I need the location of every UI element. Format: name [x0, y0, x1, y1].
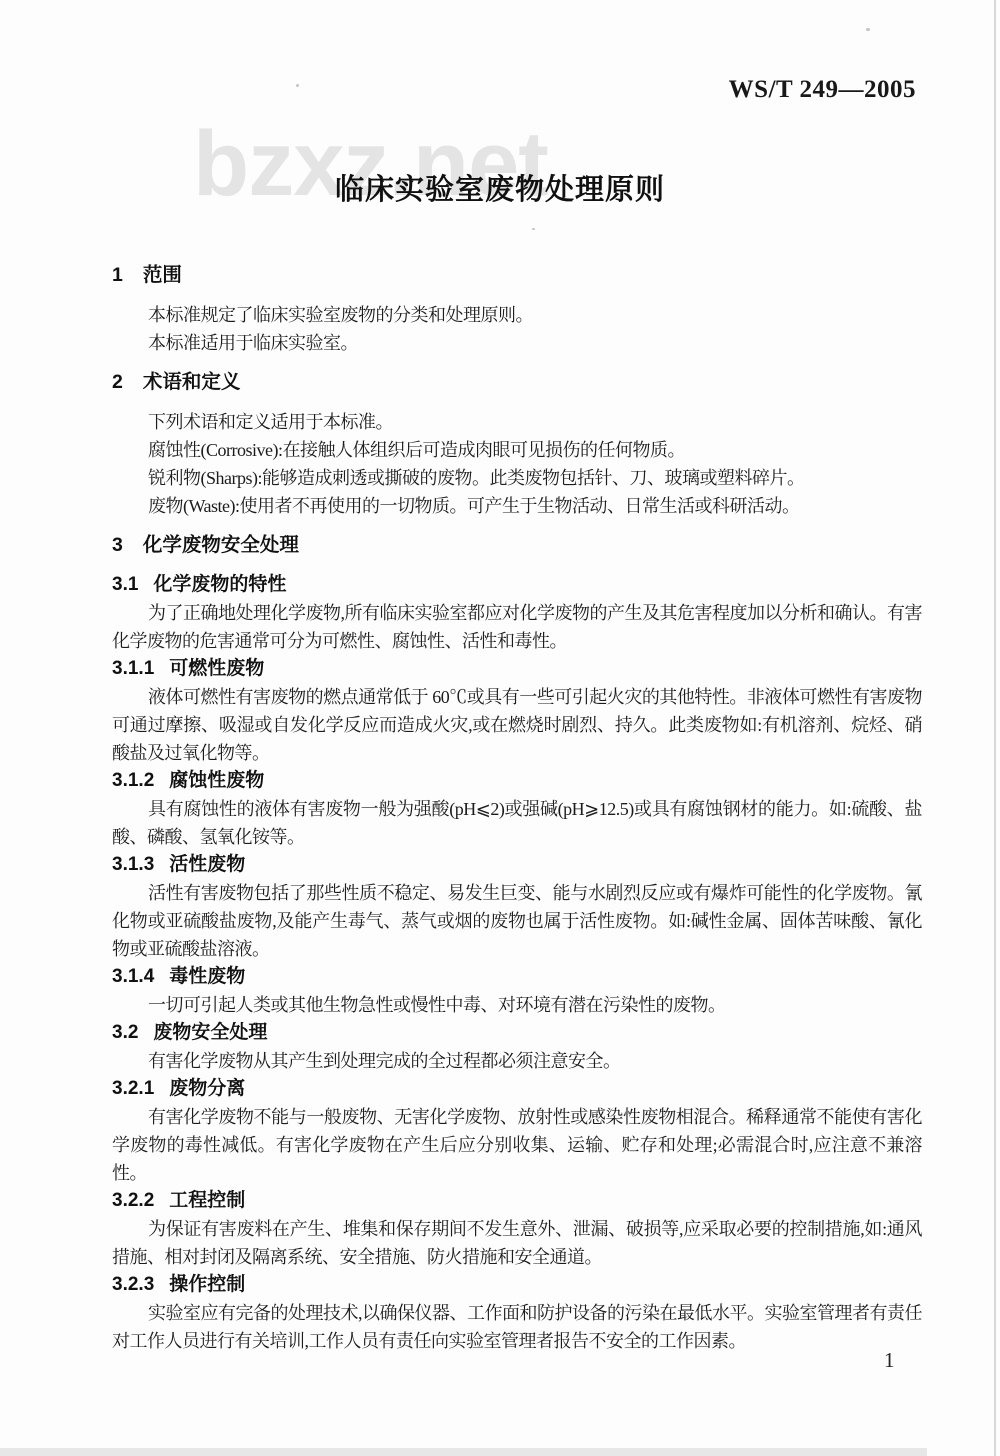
section-heading-3-1-1: 3.1.1可燃性废物 [112, 655, 922, 683]
paragraph: 一切可引起人类或其他生物急性或慢性中毒、对环境有潜在污染性的废物。 [112, 991, 922, 1019]
section-heading-2: 2术语和定义 [112, 368, 922, 396]
paragraph-term-sharps: 锐利物(Sharps):能够造成刺透或撕破的废物。此类废物包括针、刀、玻璃或塑料… [112, 464, 922, 492]
section-heading-3-1-3: 3.1.3活性废物 [112, 851, 922, 879]
section-number: 2 [112, 368, 123, 396]
section-title: 工程控制 [169, 1190, 245, 1211]
section-heading-3: 3化学废物安全处理 [112, 531, 922, 559]
section-heading-3-2: 3.2废物安全处理 [112, 1019, 922, 1047]
section-number: 3.1.2 [112, 767, 154, 795]
document-title: 临床实验室废物处理原则 [0, 167, 1000, 208]
paragraph: 下列术语和定义适用于本标准。 [112, 408, 922, 436]
scan-noise-dot [532, 228, 535, 230]
section-heading-3-1: 3.1化学废物的特性 [112, 571, 922, 599]
section-title: 术语和定义 [143, 371, 241, 393]
section-heading-3-2-3: 3.2.3操作控制 [112, 1271, 922, 1299]
paragraph-term-corrosive: 腐蚀性(Corrosive):在接触人体组织后可造成肉眼可见损伤的任何物质。 [112, 436, 922, 464]
section-number: 3.2.2 [112, 1187, 154, 1215]
paragraph: 有害化学废物不能与一般废物、无害化学废物、放射性或感染性废物相混合。稀释通常不能… [112, 1103, 922, 1187]
document-page: WS/T 249—2005 bzxz.net 临床实验室废物处理原则 1范围 本… [0, 0, 1000, 1456]
page-number: 1 [884, 1348, 895, 1373]
paragraph: 为了正确地处理化学废物,所有临床实验室都应对化学废物的产生及其危害程度加以分析和… [112, 599, 922, 655]
section-number: 3.2.3 [112, 1271, 154, 1299]
section-title: 腐蚀性废物 [169, 770, 264, 791]
paragraph: 具有腐蚀性的液体有害废物一般为强酸(pH⩽2)或强碱(pH⩾12.5)或具有腐蚀… [112, 795, 922, 851]
scan-edge-line [994, 0, 996, 1456]
section-number: 3.1.4 [112, 963, 154, 991]
paragraph: 实验室应有完备的处理技术,以确保仪器、工作面和防护设备的污染在最低水平。实验室管… [112, 1299, 922, 1355]
section-title: 废物安全处理 [153, 1022, 267, 1043]
section-heading-3-2-1: 3.2.1废物分离 [112, 1075, 922, 1103]
section-title: 范围 [143, 264, 182, 286]
paragraph: 为保证有害废料在产生、堆集和保存期间不发生意外、泄漏、破损等,应采取必要的控制措… [112, 1215, 922, 1271]
section-title: 活性废物 [169, 854, 245, 875]
section-number: 3.1 [112, 571, 138, 599]
section-number: 3.1.3 [112, 851, 154, 879]
paragraph-term-waste: 废物(Waste):使用者不再使用的一切物质。可产生于生物活动、日常生活或科研活… [112, 492, 922, 520]
section-number: 3 [112, 531, 123, 559]
section-number: 1 [112, 261, 123, 289]
section-title: 化学废物安全处理 [143, 534, 299, 556]
section-heading-1: 1范围 [112, 261, 922, 289]
section-heading-3-2-2: 3.2.2工程控制 [112, 1187, 922, 1215]
section-number: 3.2.1 [112, 1075, 154, 1103]
section-title: 毒性废物 [169, 966, 245, 987]
scan-bottom-bar [0, 1448, 927, 1456]
section-title: 操作控制 [169, 1274, 245, 1295]
section-number: 3.1.1 [112, 655, 154, 683]
paragraph: 液体可燃性有害废物的燃点通常低于 60℃或具有一些可引起火灾的其他特性。非液体可… [112, 683, 922, 767]
section-title: 废物分离 [169, 1078, 245, 1099]
section-title: 化学废物的特性 [153, 574, 286, 595]
paragraph: 活性有害废物包括了那些性质不稳定、易发生巨变、能与水剧烈反应或有爆炸可能性的化学… [112, 879, 922, 963]
section-heading-3-1-2: 3.1.2腐蚀性废物 [112, 767, 922, 795]
section-number: 3.2 [112, 1019, 138, 1047]
section-title: 可燃性废物 [169, 658, 264, 679]
scan-noise-dot [866, 28, 870, 31]
scan-noise-dot [296, 84, 299, 87]
section-heading-3-1-4: 3.1.4毒性废物 [112, 963, 922, 991]
paragraph: 本标准适用于临床实验室。 [112, 329, 922, 357]
paragraph: 本标准规定了临床实验室废物的分类和处理原则。 [112, 301, 922, 329]
paragraph: 有害化学废物从其产生到处理完成的全过程都必须注意安全。 [112, 1047, 922, 1075]
document-body: 1范围 本标准规定了临床实验室废物的分类和处理原则。 本标准适用于临床实验室。 … [112, 250, 922, 1355]
standard-code: WS/T 249—2005 [729, 76, 916, 104]
